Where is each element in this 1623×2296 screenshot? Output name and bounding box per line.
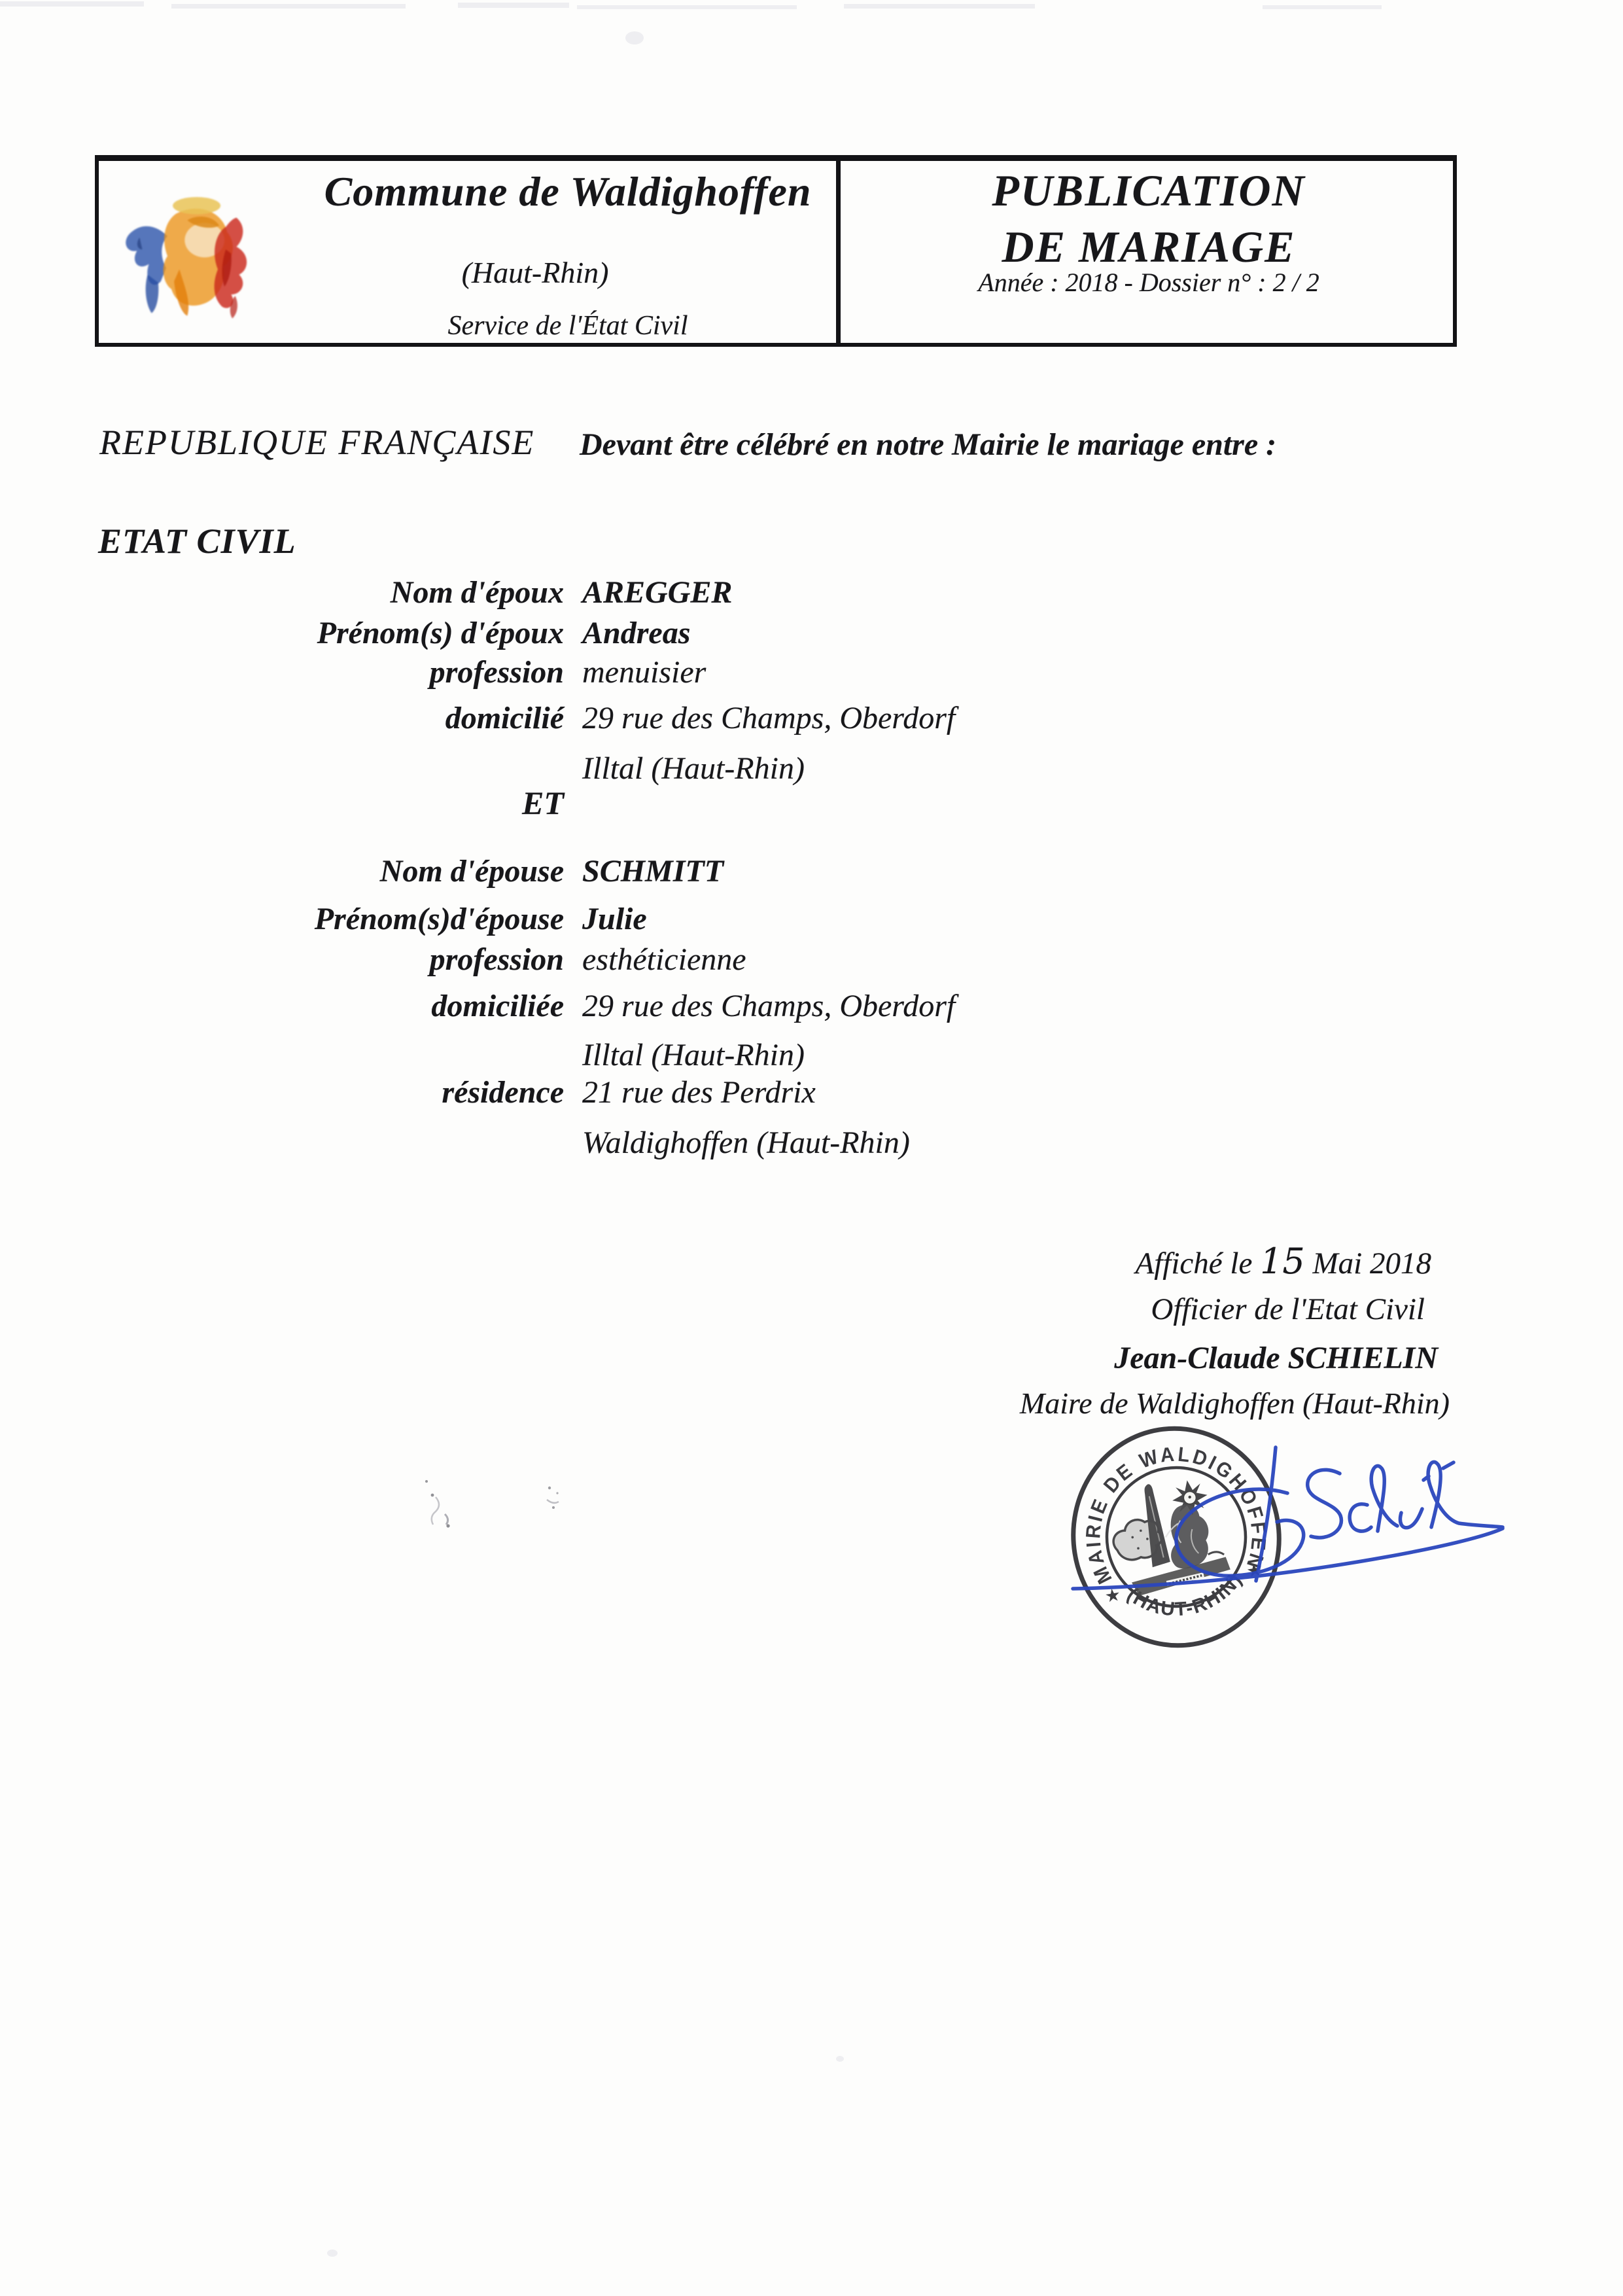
field-row-groom-firstname: Prénom(s) d'époux Andreas [0, 615, 1623, 652]
field-row-groom-name: Nom d'époux AREGGER [0, 574, 1623, 611]
field-row-bride-name: Nom d'épouse SCHMITT [0, 853, 1623, 890]
field-row-groom-address2: Illtal (Haut-Rhin) [0, 751, 1623, 787]
field-label: résidence [98, 1074, 564, 1110]
officer-name-line: Jean-Claude SCHIELIN [1114, 1340, 1438, 1376]
field-value: 29 rue des Champs, Oberdorf [582, 988, 1433, 1024]
publication-title-line2: DE MARIAGE [846, 221, 1452, 273]
field-label: profession [98, 942, 564, 978]
scan-artifact [327, 2250, 338, 2257]
posted-suffix: Mai 2018 [1313, 1246, 1431, 1280]
scan-artifact [844, 4, 1035, 9]
field-value: Andreas [582, 615, 1433, 651]
field-value: 21 rue des Perdrix [582, 1074, 1433, 1110]
field-value: esthéticienne [582, 942, 1433, 978]
field-row-groom-profession: profession menuisier [0, 654, 1623, 691]
scan-artifact [1263, 5, 1382, 9]
scan-artifact [836, 2056, 844, 2062]
field-row-bride-residence2: Waldighoffen (Haut-Rhin) [0, 1125, 1623, 1161]
header-divider [836, 155, 841, 347]
field-row-bride-profession: profession esthéticienne [0, 942, 1623, 978]
conjunction-et: ET [522, 784, 564, 822]
republique-francaise-label: REPUBLIQUE FRANÇAISE [99, 422, 534, 463]
posted-prefix: Affiché le [1136, 1246, 1253, 1280]
field-label: Nom d'épouse [98, 853, 564, 889]
officer-title-line: Officier de l'Etat Civil [1151, 1292, 1425, 1327]
field-value: Waldighoffen (Haut-Rhin) [582, 1125, 1433, 1161]
field-value: Julie [582, 901, 1433, 937]
field-value: menuisier [582, 654, 1433, 690]
etat-civil-heading: ETAT CIVIL [98, 521, 296, 561]
field-value: Illtal (Haut-Rhin) [582, 751, 1433, 786]
field-label: Prénom(s) d'époux [98, 615, 564, 651]
marianne-tricolor-logo-icon [113, 190, 273, 337]
commune-departement: (Haut-Rhin) [306, 255, 764, 290]
field-row-bride-residence: résidence 21 rue des Perdrix [0, 1074, 1623, 1111]
field-value: Illtal (Haut-Rhin) [582, 1037, 1433, 1073]
dossier-meta: Année : 2018 - Dossier n° : 2 / 2 [846, 267, 1452, 298]
scan-artifact [171, 4, 406, 9]
field-value: SCHMITT [582, 853, 1433, 889]
field-value: AREGGER [582, 574, 1433, 610]
field-label: Nom d'époux [98, 574, 564, 610]
field-row-bride-firstname: Prénom(s)d'épouse Julie [0, 901, 1623, 938]
scan-artifact [625, 31, 644, 44]
handwritten-signature-icon [1014, 1426, 1544, 1616]
field-row-bride-address: domiciliée 29 rue des Champs, Oberdorf [0, 988, 1623, 1025]
field-label: domiciliée [98, 988, 564, 1024]
field-label: profession [98, 654, 564, 690]
field-label: Prénom(s)d'épouse [98, 901, 564, 937]
field-value: 29 rue des Champs, Oberdorf [582, 700, 1433, 736]
commune-title: Commune de Waldighoffen [306, 168, 829, 216]
publication-title-line1: PUBLICATION [846, 165, 1452, 217]
pencil-marks [353, 1459, 654, 1544]
scan-artifact [577, 5, 797, 9]
scan-artifact [0, 1, 144, 7]
service-line: Service de l'État Civil [306, 310, 829, 342]
posted-date-line: Affiché le 15 Mai 2018 [1136, 1241, 1431, 1282]
scanned-marriage-publication-document: Commune de Waldighoffen (Haut-Rhin) Serv… [0, 0, 1623, 2296]
scan-artifact [458, 3, 569, 8]
posted-day: 15 [1260, 1241, 1305, 1282]
field-label: domicilié [98, 700, 564, 736]
field-row-groom-address: domicilié 29 rue des Champs, Oberdorf [0, 700, 1623, 737]
field-row-bride-address2: Illtal (Haut-Rhin) [0, 1037, 1623, 1074]
celebration-statement: Devant être célébré en notre Mairie le m… [580, 427, 1276, 463]
